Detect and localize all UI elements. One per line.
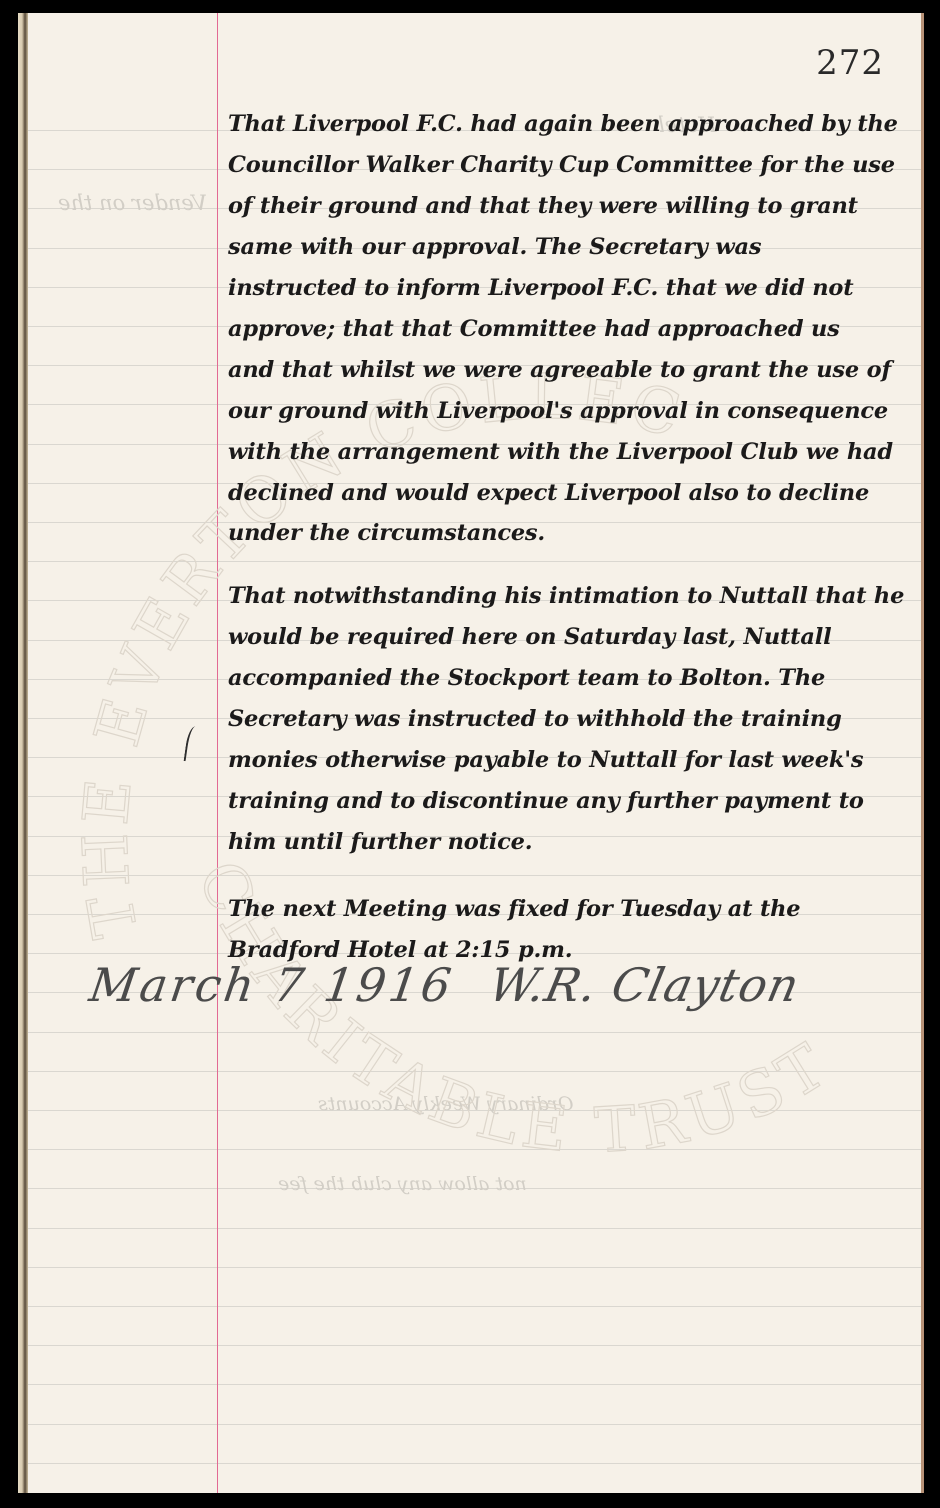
ruled-line [28, 1424, 921, 1425]
minutes-line: The next Meeting was fixed for Tuesday a… [228, 890, 800, 929]
minutes-line: him until further notice. [228, 823, 532, 862]
bleed-through-text: Ordinary Weekly Accounts [318, 1093, 573, 1115]
ruled-line [28, 1463, 921, 1464]
minutes-line: would be required here on Saturday last,… [228, 618, 831, 657]
bleed-through-text: Vender on the [58, 191, 207, 215]
ruled-line [28, 1267, 921, 1268]
minutes-line: monies otherwise payable to Nuttall for … [228, 741, 863, 780]
ruled-line [28, 1384, 921, 1385]
minutes-line: under the circumstances. [228, 514, 545, 553]
minutes-line: instructed to inform Liverpool F.C. that… [228, 269, 853, 308]
ruled-line [28, 561, 921, 562]
ruled-line [28, 875, 921, 876]
signature-date: March 7 1916 [86, 958, 457, 1012]
minute-book-page: Hotel Vender on the Ordinary Weekly Acco… [18, 13, 924, 1493]
minutes-line: our ground with Liverpool's approval in … [228, 392, 888, 431]
ruled-line [28, 1071, 921, 1072]
page-number: 272 [816, 43, 884, 83]
minutes-line: Councillor Walker Charity Cup Committee … [228, 146, 895, 185]
minutes-line: training and to discontinue any further … [228, 782, 864, 821]
minutes-line: accompanied the Stockport team to Bolton… [228, 659, 825, 698]
minutes-line: That notwithstanding his intimation to N… [228, 577, 904, 616]
signature-block: March 7 1916 W.R. Clayton [90, 958, 850, 1018]
minutes-line: Secretary was instructed to withhold the… [228, 700, 842, 739]
page-edge [921, 13, 924, 1493]
ruled-line [28, 1306, 921, 1307]
ruled-line [28, 1149, 921, 1150]
ruled-line [28, 1345, 921, 1346]
minutes-line: declined and would expect Liverpool also… [228, 474, 869, 513]
binding-edge [18, 13, 28, 1493]
minutes-line: approve; that that Committee had approac… [228, 310, 840, 349]
minutes-line: and that whilst we were agreeable to gra… [228, 351, 891, 390]
bleed-through-text: not allow any club the fee [278, 1173, 527, 1195]
margin-rule [217, 13, 218, 1493]
minutes-line: same with our approval. The Secretary wa… [228, 228, 761, 267]
minutes-line: That Liverpool F.C. had again been appro… [228, 105, 898, 144]
ruled-line [28, 1032, 921, 1033]
minutes-line: of their ground and that they were willi… [228, 187, 858, 226]
minutes-line: with the arrangement with the Liverpool … [228, 433, 893, 472]
chairman-signature: W.R. Clayton [484, 958, 804, 1012]
ruled-line [28, 1228, 921, 1229]
